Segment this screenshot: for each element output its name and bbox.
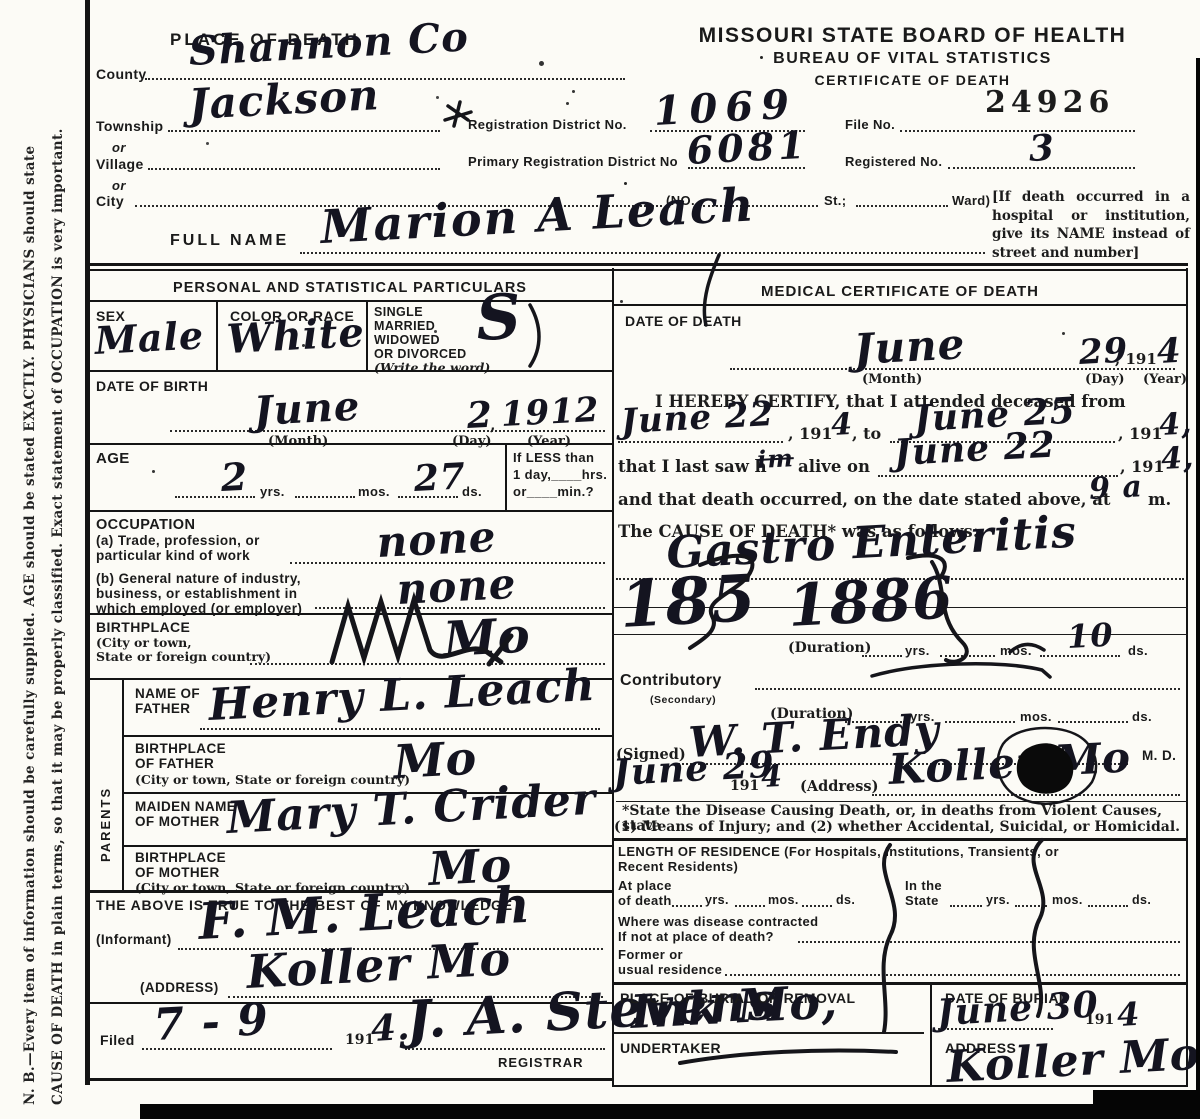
duration-label: (Duration) — [788, 640, 871, 656]
parents-label: PARENTS — [98, 712, 113, 862]
county-value: Shannon Co — [188, 13, 470, 75]
rule — [612, 304, 1188, 306]
signed-year-printed: 191 — [730, 778, 759, 794]
village-line — [148, 168, 440, 170]
attended-from-value: June 22 — [620, 394, 775, 442]
at-place-label2: of death — [618, 893, 672, 908]
registered-no-value: 3 — [1028, 127, 1056, 170]
father-bp-label1: BIRTHPLACE — [135, 741, 226, 756]
file-no-line — [900, 130, 1135, 132]
at-place-mos: mos. — [768, 893, 799, 907]
board-title: MISSOURI STATE BOARD OF HEALTH — [640, 24, 1185, 48]
city-ward-label: Ward) — [952, 193, 990, 208]
age-mos-label: mos. — [358, 484, 390, 499]
dob-label: DATE OF BIRTH — [96, 378, 208, 394]
rule — [88, 263, 1188, 266]
color-race-value: White — [226, 309, 366, 363]
registrar-label: REGISTRAR — [498, 1055, 584, 1070]
contributory-line — [755, 688, 1180, 690]
residence-title-line1: LENGTH OF RESIDENCE (For Hospitals, Inst… — [618, 844, 1059, 859]
father-name-value: Henry L. Leach — [207, 660, 597, 731]
scan-edge-bottom — [140, 1104, 1200, 1119]
at-place-label1: At place — [618, 878, 672, 893]
informant-address-label: (ADDRESS) — [140, 980, 219, 995]
village-label: Village — [96, 156, 144, 172]
in-state-ds: ds. — [1132, 893, 1151, 907]
primary-reg-value: 6081 — [686, 122, 810, 173]
contributory-label: Contributory — [620, 672, 722, 690]
filed-label: Filed — [100, 1032, 135, 1048]
occupation-a-line1: (a) Trade, profession, or — [96, 533, 260, 548]
signed-address-line — [872, 794, 1180, 796]
age-yrs-value: 2 — [220, 454, 250, 500]
father-bp-label2: OF FATHER — [135, 756, 214, 771]
burial-cell-divider — [930, 982, 932, 1085]
age-less-line-1: If LESS than — [513, 450, 594, 465]
res-line — [802, 905, 832, 907]
father-name-label2: FATHER — [135, 701, 190, 716]
dob-comma: , — [490, 415, 496, 434]
signed-address-label: (Address) — [800, 778, 878, 795]
township-line — [168, 130, 440, 132]
column-divider — [612, 268, 614, 1085]
file-number-stamp: 24926 — [985, 85, 1114, 120]
filed-date-value: 7 - 9 — [152, 994, 270, 1051]
parents-bracket — [122, 678, 124, 890]
full-name-line — [300, 252, 985, 254]
contracted-label1: Where was disease contracted — [618, 914, 819, 929]
death-time-hw: 9 a — [1088, 469, 1144, 507]
secondary-label: (Secondary) — [650, 694, 716, 706]
form-right-border — [1186, 268, 1188, 1085]
attended-to-year-hw: 4, — [1158, 406, 1193, 443]
dod-month-sublabel: (Month) — [862, 372, 922, 387]
hospital-note: [If death occurred in a hospital or inst… — [992, 188, 1190, 263]
father-name-label1: NAME OF — [135, 686, 200, 701]
full-name-value: Marion A Leach — [319, 177, 756, 254]
duration-ds-value: 10 — [1066, 616, 1114, 656]
lastsaw-him-hw: im — [756, 443, 794, 474]
marital-line-1: SINGLE — [374, 305, 423, 319]
res-line — [735, 905, 765, 907]
rule — [88, 613, 612, 615]
attended-to-year-printed: , 191 — [1118, 424, 1163, 443]
lastsaw-line — [878, 475, 1118, 477]
cell-divider — [216, 300, 218, 370]
age-label: AGE — [96, 450, 130, 467]
res-line — [672, 905, 702, 907]
undertaker-address-value: Koller Mo — [945, 1029, 1200, 1093]
lastsaw-year-hw: 4, — [1160, 440, 1195, 477]
duration-yrs-label: yrs. — [905, 643, 930, 658]
in-state-mos: mos. — [1052, 893, 1083, 907]
informant-label: (Informant) — [96, 932, 172, 947]
res-line — [1088, 905, 1128, 907]
age-mos-line — [295, 496, 355, 498]
lastsaw-value: June 22 — [893, 424, 1057, 474]
bureau-title: BUREAU OF VITAL STATISTICS — [640, 50, 1185, 68]
former-label1: Former or — [618, 947, 683, 962]
contracted-label2: If not at place of death? — [618, 929, 774, 944]
county-label: County — [96, 66, 147, 82]
occupation-label: OCCUPATION — [96, 517, 195, 533]
sex-value: Male — [94, 312, 206, 363]
footnote-line2: (1) Means of Injury; and (2) whether Acc… — [614, 820, 1188, 835]
city-st-line — [856, 205, 948, 207]
to-label: , to — [852, 424, 881, 443]
burial-year-hw: 4 — [1116, 995, 1141, 1034]
marital-value: S — [474, 280, 524, 355]
margin-note-line1: N. B.—Every item of information should b… — [22, 55, 38, 1105]
occupation-b-line1: (b) General nature of industry, — [96, 571, 301, 586]
age-less-line-3: or____min.? — [513, 484, 594, 499]
township-value: Jackson — [187, 70, 380, 129]
registered-no-label: Registered No. — [845, 154, 942, 169]
rule — [122, 735, 612, 737]
duration-mos-line — [940, 655, 995, 657]
at-place-yrs: yrs. — [705, 893, 729, 907]
contracted-line — [798, 941, 1180, 943]
cell-divider — [366, 300, 368, 370]
reg-district-label: Registration District No. — [468, 117, 627, 132]
dod-year-hw: 4 — [1156, 331, 1183, 372]
burial-place-value: Ink Mo, — [629, 974, 839, 1039]
village-or: or — [112, 178, 126, 193]
burial-year-printed: 191 — [1085, 1012, 1114, 1028]
rule — [88, 269, 1188, 271]
age-ds-label: ds. — [462, 484, 482, 499]
township-or: or — [112, 140, 126, 155]
burial-date-value: June 30 — [936, 984, 1100, 1034]
in-state-label1: In the — [905, 878, 942, 893]
birthplace-value: Mo — [442, 608, 532, 668]
residence-title-line2: Recent Residents) — [618, 859, 738, 874]
duration-yrs-line — [862, 655, 902, 657]
dob-year-value: 1912 — [500, 390, 601, 435]
dob-month-sublabel: (Month) — [268, 434, 328, 449]
cause-code-2: 1886 — [786, 563, 955, 640]
dod-month-value: June — [852, 319, 966, 374]
rule — [122, 845, 612, 847]
city-label: City — [96, 193, 124, 209]
township-label: Township — [96, 118, 164, 134]
file-no-label: File No. — [845, 117, 895, 132]
rule — [88, 370, 612, 372]
dob-day-sublabel: (Day) — [452, 434, 492, 449]
occupation-b-value: none — [395, 559, 517, 614]
scan-specks — [0, 0, 3, 3]
rule — [88, 300, 612, 302]
primary-reg-label: Primary Registration District No — [468, 154, 678, 169]
duration-mos-label: mos. — [1000, 643, 1032, 658]
mother-bp-label2: OF MOTHER — [135, 865, 220, 880]
age-less-line-2: 1 day,____hrs. — [513, 467, 607, 482]
lastsaw-pre: that I last saw h — [618, 457, 767, 476]
attended-from-year-printed: , 191 — [788, 424, 833, 443]
birthplace-label: BIRTHPLACE — [96, 619, 190, 635]
undertaker-label: UNDERTAKER — [620, 1040, 721, 1056]
age-yrs-label: yrs. — [260, 484, 285, 499]
marital-line-3: WIDOWED — [374, 333, 440, 347]
duration2-mos-label: mos. — [1020, 709, 1052, 724]
dob-month-value: June — [253, 382, 362, 435]
scan-edge-corner — [1093, 1090, 1200, 1119]
at-place-ds: ds. — [836, 893, 855, 907]
md-label: M. D. — [1142, 748, 1176, 763]
occupation-a-value: none — [375, 512, 497, 567]
death-certificate-page: N. B.—Every item of information should b… — [0, 0, 1200, 1119]
death-occurred-text: and that death occurred, on the date sta… — [618, 490, 1111, 509]
signed-year-hw: 4 — [760, 759, 784, 795]
rule — [612, 1085, 1188, 1087]
margin-note-line2: CAUSE OF DEATH in plain terms, so that i… — [50, 75, 66, 1105]
marital-note: (Write the word) — [374, 360, 490, 375]
res-line — [1015, 905, 1047, 907]
duration2-ds-label: ds. — [1132, 709, 1152, 724]
rule — [88, 510, 612, 512]
cause-code-1: 185 — [618, 561, 758, 643]
dob-year-sublabel: (Year) — [527, 434, 571, 449]
mother-bp-label1: BIRTHPLACE — [135, 850, 226, 865]
mother-name-label1: MAIDEN NAME — [135, 799, 236, 814]
duration-ds-label: ds. — [1128, 643, 1148, 658]
dod-day-sublabel: (Day) — [1085, 372, 1125, 387]
mother-name-label2: OF MOTHER — [135, 814, 220, 829]
dod-year-printed: , 191 — [1115, 350, 1157, 368]
dod-label: DATE OF DEATH — [625, 313, 742, 329]
rule — [612, 838, 1188, 841]
full-name-label: FULL NAME — [170, 232, 289, 250]
birthplace-sub2: State or foreign country) — [96, 649, 271, 664]
medical-section-title: MEDICAL CERTIFICATE OF DEATH — [612, 283, 1188, 300]
scan-edge-right — [1196, 58, 1200, 1119]
marital-line-4: OR DIVORCED — [374, 347, 467, 361]
res-line — [950, 905, 982, 907]
rule — [88, 443, 612, 445]
lastsaw-post: alive on — [798, 457, 870, 476]
in-state-label2: State — [905, 893, 939, 908]
birthplace-sub1: (City or town, — [96, 635, 192, 650]
duration2-ds-line — [1058, 721, 1128, 723]
filed-year-printed: 191 — [345, 1032, 374, 1048]
rule — [88, 1078, 612, 1081]
cell-divider — [505, 443, 507, 510]
city-st-label: St.; — [824, 193, 847, 208]
occupation-a-line2: particular kind of work — [96, 548, 250, 563]
rule — [616, 801, 1188, 802]
former-label2: usual residence — [618, 962, 722, 977]
in-state-yrs: yrs. — [986, 893, 1010, 907]
dod-year-sublabel: (Year) — [1143, 372, 1187, 387]
age-ds-value: 27 — [413, 455, 467, 500]
form-left-border — [85, 0, 90, 1085]
marital-line-2: MARRIED — [374, 319, 435, 333]
personal-section-title: PERSONAL AND STATISTICAL PARTICULARS — [88, 280, 612, 296]
duration2-mos-line — [945, 721, 1015, 723]
attended-from-line — [618, 441, 783, 443]
occupation-b-line2: business, or establishment in — [96, 586, 297, 601]
attended-from-year-hw: 4 — [830, 407, 854, 443]
death-time-m: m. — [1148, 490, 1171, 509]
